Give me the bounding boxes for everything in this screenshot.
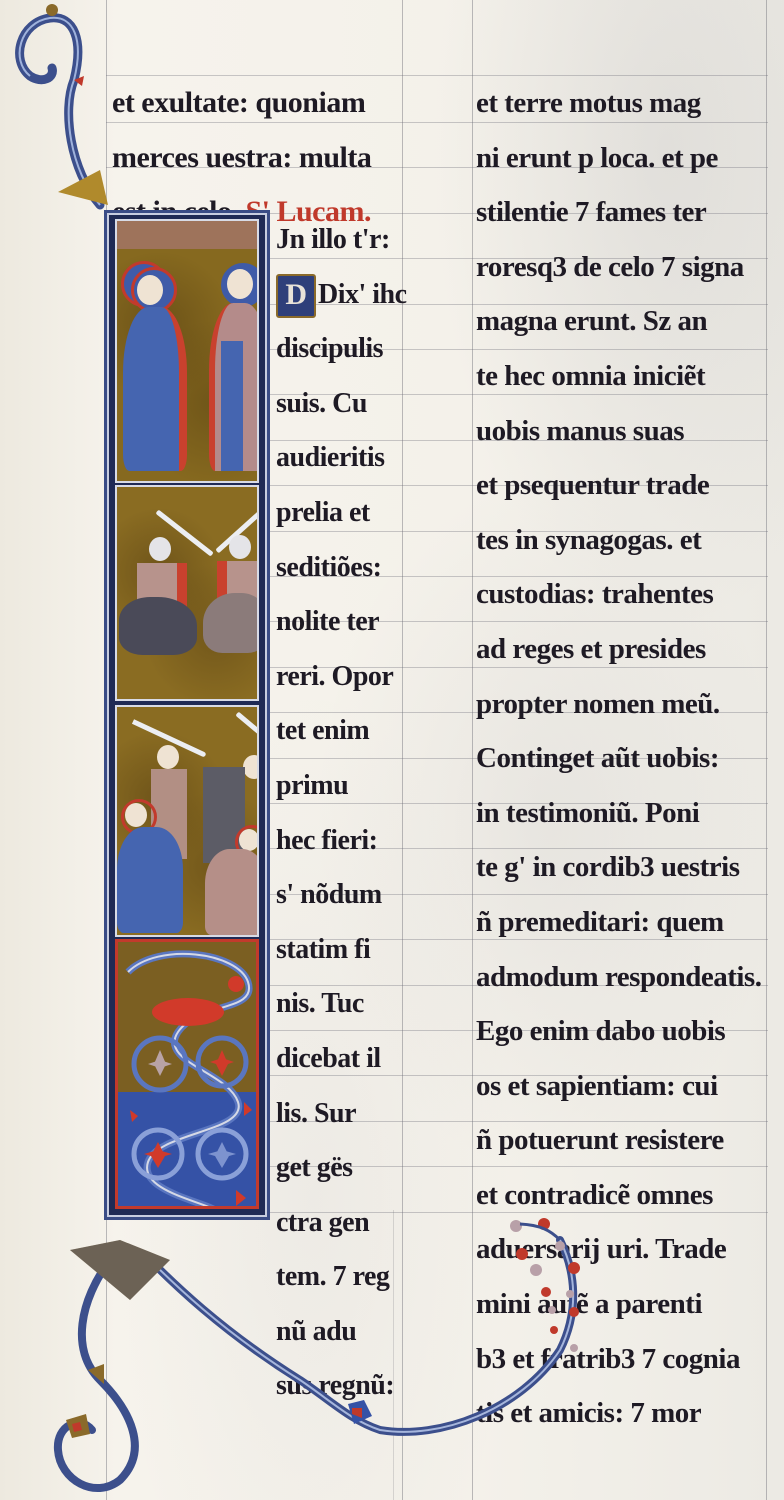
text-line: stilentie 7 fames ter — [476, 185, 761, 240]
text-line: et terre motus mag — [476, 76, 761, 131]
horse-grey — [203, 593, 259, 653]
kneeling-saint-blue — [117, 827, 183, 933]
kneeling-saint-rose — [205, 849, 259, 935]
text-line: tem. 7 reg — [276, 1250, 407, 1305]
text-line: s' nõdum — [276, 868, 407, 923]
saint-head — [239, 829, 259, 851]
text-line: reri. Opor — [276, 650, 407, 705]
helmet — [149, 537, 171, 561]
text-line: suis. Cu — [276, 377, 407, 432]
text-line: ctra gen — [276, 1196, 407, 1251]
historiated-initial-l — [104, 210, 270, 1220]
helmet — [229, 535, 251, 559]
text-line: te g' in cordib3 uestris — [476, 840, 761, 895]
text-line: audieritis — [276, 431, 407, 486]
text-line: in testimoniũ. Poni — [476, 786, 761, 841]
text-line: Ego enim dabo uobis — [476, 1004, 761, 1059]
text-line: nolite ter — [276, 595, 407, 650]
text-line: ad reges et presides — [476, 622, 761, 677]
christ-head — [227, 269, 253, 299]
text-line: aduersarij uri. Trade — [476, 1222, 761, 1277]
executioner-head — [157, 745, 179, 769]
text-line: prelia et — [276, 486, 407, 541]
ruling-line — [472, 0, 473, 1500]
right-column: et terre motus mag ni erunt p loca. et p… — [476, 76, 761, 1441]
text-line: get gës — [276, 1141, 407, 1196]
text-line: Continget aũt uobis: — [476, 731, 761, 786]
text-line: magna erunt. Sz an — [476, 294, 761, 349]
text-line: admodum respondeatis. — [476, 950, 761, 1005]
apostle-head — [137, 275, 163, 305]
text-line: te hec omnia iniciẽt — [476, 349, 761, 404]
panel-battle-of-knights — [115, 485, 259, 701]
text-line: DDix' ihc — [276, 268, 407, 323]
text-line: ñ potuerunt resistere — [476, 1113, 761, 1168]
text-line: sus regnũ: — [276, 1359, 407, 1414]
text-line: b3 et fratrib3 7 cognia — [476, 1332, 761, 1387]
text-line: custodias: trahentes — [476, 567, 761, 622]
left-column-narrow: Jn illo t'r: DDix' ihc discipulis suis. … — [276, 213, 407, 1414]
text-line: tes in synagogas. et — [476, 513, 761, 568]
text-line: dicebat il — [276, 1032, 407, 1087]
panel-martyrdom — [115, 705, 259, 937]
text-line: et psequentur trade — [476, 458, 761, 513]
horse-dark — [119, 597, 197, 655]
text-line: statim fi — [276, 923, 407, 978]
text-line: mini autẽ a parenti — [476, 1277, 761, 1332]
text-line: tis et amicis: 7 mor — [476, 1386, 761, 1441]
text-line: discipulis — [276, 322, 407, 377]
text-line: os et sapientiam: cui — [476, 1059, 761, 1114]
ruling-line — [766, 0, 767, 1500]
text-line: nis. Tuc — [276, 977, 407, 1032]
text-line: uobis manus suas — [476, 404, 761, 459]
text-line: hec fieri: — [276, 814, 407, 869]
panel-dragon-foliage — [115, 939, 259, 1209]
text-line: ni erunt p loca. et pe — [476, 131, 761, 186]
text-line: ñ premeditari: quem — [476, 895, 761, 950]
text-line: et exultate: quoniam — [112, 76, 371, 131]
illuminated-initial: D — [276, 274, 316, 318]
text-line: propter nomen meũ. — [476, 677, 761, 732]
panel-christ-and-apostles — [115, 219, 259, 483]
text-line: tet enim — [276, 704, 407, 759]
text-line: merces uestra: multa — [112, 131, 371, 186]
saint-head — [125, 803, 147, 827]
text-line: roresq3 de celo 7 signa — [476, 240, 761, 295]
text-line: lis. Sur — [276, 1087, 407, 1142]
text-line: Jn illo t'r: — [276, 213, 407, 268]
cloud-band — [117, 221, 257, 249]
text-line: nũ adu — [276, 1305, 407, 1360]
christ-robe — [221, 341, 243, 471]
executioner-head — [243, 755, 259, 779]
text-line: et contradicẽ omnes — [476, 1168, 761, 1223]
dragon-foliage-art — [118, 942, 259, 1209]
sword-icon — [235, 712, 259, 754]
text-line: seditiões: — [276, 541, 407, 596]
text-line: primu — [276, 759, 407, 814]
apostle-figure — [123, 307, 187, 471]
